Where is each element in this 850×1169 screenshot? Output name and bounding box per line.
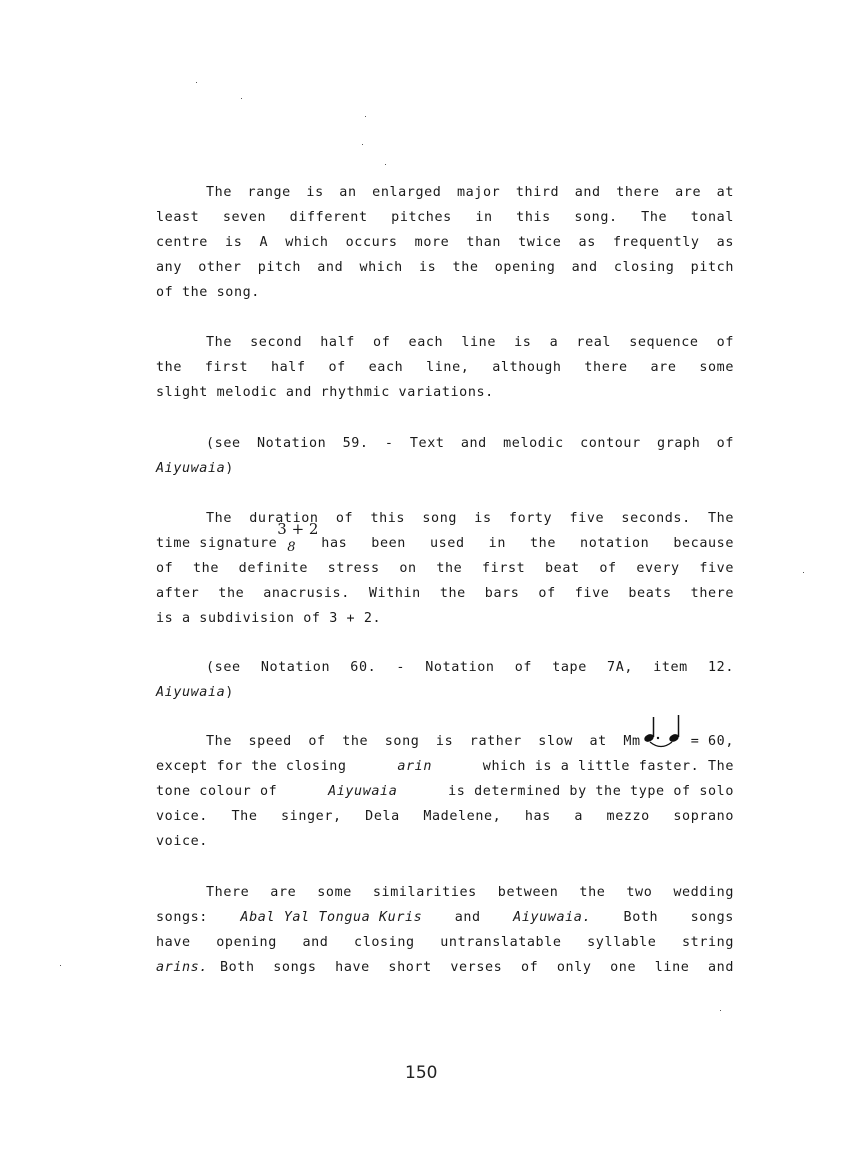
notation-reference-60: (see Notation 60. - Notation of tape 7A,… [156, 655, 734, 705]
text-line: have opening and closing untranslatable … [156, 930, 734, 955]
scan-speck [60, 965, 61, 966]
text-line: voice. [156, 829, 734, 854]
text-line: centre is A which occurs more than twice… [156, 230, 734, 255]
scan-speck [196, 82, 197, 83]
text-line: of the definite stress on the first beat… [156, 556, 734, 581]
notation-reference-59: (see Notation 59. - Text and melodic con… [156, 431, 734, 481]
text-line: least seven different pitches in this so… [156, 205, 734, 230]
scan-speck [365, 116, 366, 117]
song-title: Aiyuwaia [156, 685, 225, 700]
paragraph-duration: The duration of this song is forty five … [156, 506, 734, 631]
text-line: of the song. [156, 280, 734, 305]
song-title: Aiyuwaia. [513, 905, 591, 930]
metronome-value: = 60, [691, 729, 734, 754]
song-title: Aiyuwaia [156, 461, 225, 476]
paragraph-range: The range is an enlarged major third and… [156, 180, 734, 305]
scan-speck [362, 144, 363, 145]
text-line: The range is an enlarged major third and… [206, 180, 734, 205]
time-signature: 3 + 2 8 [277, 531, 321, 551]
text-line: The second half of each line is a real s… [206, 330, 734, 355]
text-line: slight melodic and rhythmic variations. [156, 380, 734, 405]
text-line: any other pitch and which is the opening… [156, 255, 734, 280]
page-number: 150 [405, 1063, 437, 1083]
text-line: the first half of each line, although th… [156, 355, 734, 380]
document-page: The range is an enlarged major third and… [0, 0, 850, 1169]
scan-speck [720, 1010, 721, 1011]
text-line: There are some similarities between the … [206, 880, 734, 905]
paragraph-similarities: There are some similarities between the … [156, 880, 734, 980]
text-line: after the anacrusis. Within the bars of … [156, 581, 734, 606]
metronome-notes-icon [641, 729, 691, 749]
song-title: Aiyuwaia [328, 779, 397, 804]
scan-speck [385, 164, 386, 165]
text-line: is a subdivision of 3 + 2. [156, 606, 734, 631]
scan-speck [241, 98, 242, 99]
text-line: voice. The singer, Dela Madelene, has a … [156, 804, 734, 829]
reference-text: (see Notation 59. - Text and melodic con… [206, 431, 734, 456]
paragraph-sequence: The second half of each line is a real s… [156, 330, 734, 405]
paragraph-speed: The speed of the song is rather slow at … [156, 729, 734, 854]
reference-text: (see Notation 60. - Notation of tape 7A,… [206, 655, 734, 680]
song-title: Abal Yal Tongua Kuris [240, 905, 422, 930]
scan-speck [803, 572, 804, 573]
